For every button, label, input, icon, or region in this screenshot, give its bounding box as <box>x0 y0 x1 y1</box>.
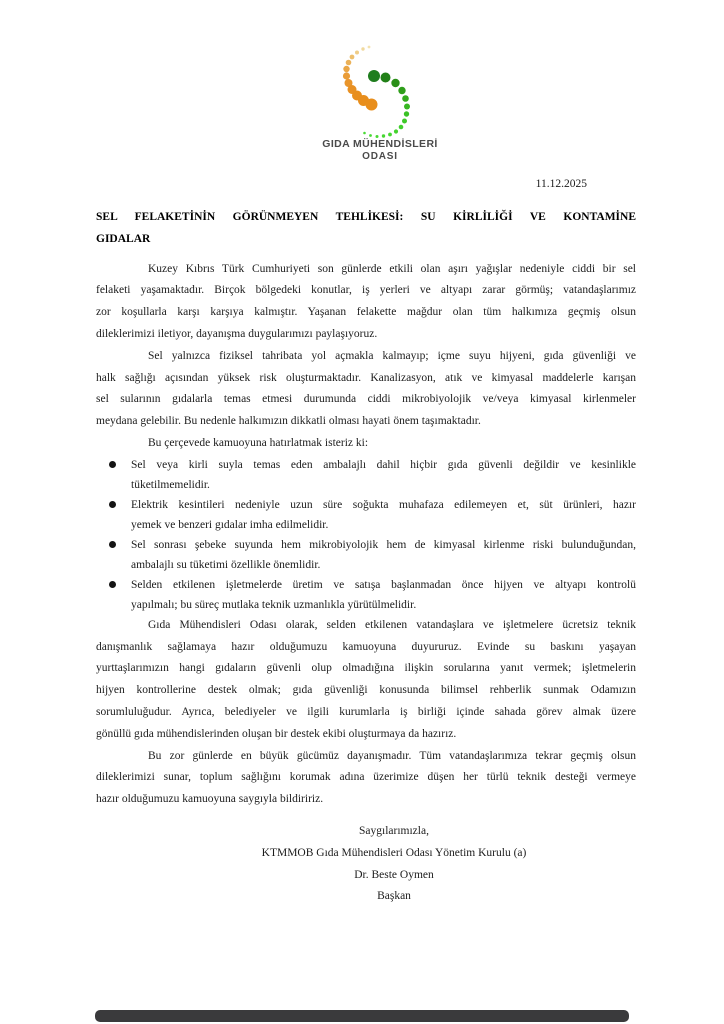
text-line: hijyen kontrollerine destek olmak; gıda … <box>96 680 636 702</box>
chamber-name-line2: ODASI <box>262 151 498 163</box>
text-line: SEL FELAKETİNİN GÖRÜNMEYEN TEHLİKESİ: SU… <box>96 207 636 229</box>
text-line: Gıda Mühendisleri Odası olarak, selden e… <box>96 615 636 637</box>
text-line: Selden etkilenen işletmelerde üretim ve … <box>131 575 636 595</box>
text-line: Sel sonrası şebeke suyunda hem mikrobiyo… <box>131 535 636 555</box>
bullet-item: Sel sonrası şebeke suyunda hem mikrobiyo… <box>96 535 636 575</box>
text-line: GIDALAR <box>96 229 636 251</box>
text-line: yemek ve benzeri gıdalar imha edilmelidi… <box>131 515 636 535</box>
bullet-item: Sel veya kirli suyla temas eden ambalajl… <box>96 455 636 495</box>
text-line: Sel veya kirli suyla temas eden ambalajl… <box>131 455 636 475</box>
text-line: meydana gelebilir. Bu nedenle halkımızın… <box>96 411 636 433</box>
text-line: ambalajlı su tüketimi özellikle önemlidi… <box>131 555 636 575</box>
paragraph: Gıda Mühendisleri Odası olarak, selden e… <box>96 615 636 746</box>
text-line: hazır olduğumuzu kamuoyuna saygıyla bild… <box>96 789 636 811</box>
bullet-item: Elektrik kesintileri nedeniyle uzun süre… <box>96 495 636 535</box>
closing-block: Saygılarımızla,KTMMOB Gıda Mühendisleri … <box>96 821 636 908</box>
paragraph: Bu zor günlerde en büyük gücümüz dayanış… <box>96 746 636 811</box>
text-line: halk sağlığı açısından yüksek risk oluşt… <box>96 368 636 390</box>
text-line: Bu çerçevede kamuoyuna hatırlatmak ister… <box>96 433 636 455</box>
text-line: sorumluluğudur. Ayrıca, belediyeler ve i… <box>96 702 636 724</box>
bullet-icon <box>109 461 116 468</box>
text-line: Kuzey Kıbrıs Türk Cumhuriyeti son günler… <box>96 259 636 281</box>
paragraph: Bu çerçevede kamuoyuna hatırlatmak ister… <box>96 433 636 455</box>
paragraph: Sel yalnızca fiziksel tahribata yol açma… <box>96 346 636 433</box>
text-line: dileklerimizi iletiyor, dayanışma duygul… <box>96 324 636 346</box>
text-line: Bu zor günlerde en büyük gücümüz dayanış… <box>96 746 636 768</box>
letter-page: { "logo": { "org_line1": "GIDA MÜHENDİSL… <box>0 0 724 1024</box>
text-line: Başkan <box>152 886 636 908</box>
chamber-name: GIDA MÜHENDİSLERİ ODASI <box>262 138 498 163</box>
text-line: felaketi yaşamaktadır. Birçok bölgedeki … <box>96 280 636 302</box>
text-line: sel sularının gıdalarla temas etmesi dur… <box>96 389 636 411</box>
text-line: KTMMOB Gıda Mühendisleri Odası Yönetim K… <box>152 843 636 865</box>
bullet-icon <box>109 541 116 548</box>
bullet-item: Selden etkilenen işletmelerde üretim ve … <box>96 575 636 615</box>
footer-redaction-bar <box>95 1010 629 1022</box>
letter-date: 11.12.2025 <box>536 178 587 190</box>
text-line: tüketilmemelidir. <box>131 475 636 495</box>
text-line: zor koşullarla karşı karşıya kalmıştır. … <box>96 302 636 324</box>
text-line: Saygılarımızla, <box>152 821 636 843</box>
text-line: danışmanlık sağlamaya hazır olduğumuzu k… <box>96 637 636 659</box>
text-line: Elektrik kesintileri nedeniyle uzun süre… <box>131 495 636 515</box>
text-line: dileklerimizi sunar, toplum sağlığını ko… <box>96 767 636 789</box>
text-line: Dr. Beste Oymen <box>152 865 636 887</box>
text-line: yapılmalı; bu süreç mutlaka teknik uzman… <box>131 595 636 615</box>
chamber-logo-icon <box>320 44 440 140</box>
bullet-icon <box>109 501 116 508</box>
chamber-name-line1: GIDA MÜHENDİSLERİ <box>262 138 498 150</box>
document-title: SEL FELAKETİNİN GÖRÜNMEYEN TEHLİKESİ: SU… <box>96 207 636 251</box>
text-line: gönüllü gıda mühendislerinden oluşan bir… <box>96 724 636 746</box>
document-body: SEL FELAKETİNİN GÖRÜNMEYEN TEHLİKESİ: SU… <box>96 207 636 908</box>
text-line: Sel yalnızca fiziksel tahribata yol açma… <box>96 346 636 368</box>
paragraph: Kuzey Kıbrıs Türk Cumhuriyeti son günler… <box>96 259 636 346</box>
text-line: yurttaşlarımızın hangi gıdaların güvenli… <box>96 658 636 680</box>
bullet-icon <box>109 581 116 588</box>
